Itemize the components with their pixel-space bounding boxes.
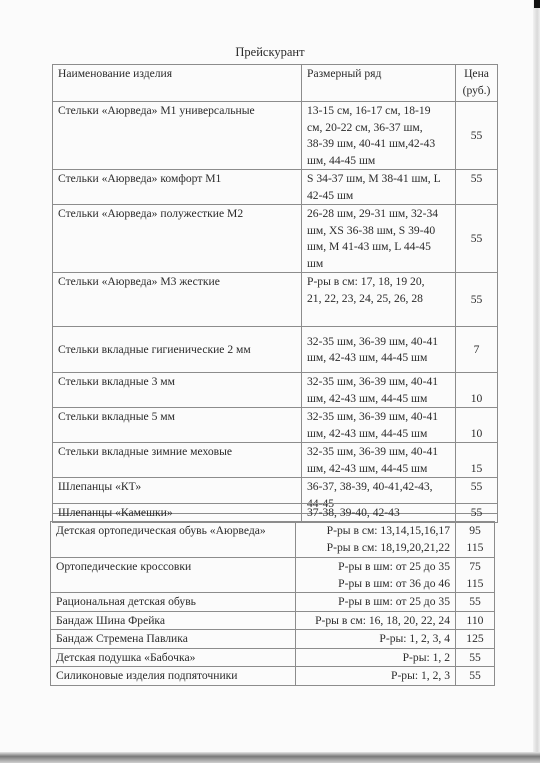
table-row: Стельки «Аюрведа» полужесткие М2 26-28 ш… xyxy=(53,205,498,273)
item-name: Ортопедические кроссовки xyxy=(51,558,296,593)
header-sizes: Размерный ряд xyxy=(302,65,456,102)
header-price: Цена (руб.) xyxy=(456,65,498,102)
table-row: Стельки вкладные 3 мм 32-35 шм, 36-39 шм… xyxy=(53,373,498,408)
item-name: Бандаж Шина Фрейка xyxy=(51,611,296,630)
item-sizes: S 34-37 шм, M 38-41 шм, L 42-45 шм xyxy=(302,170,456,205)
item-sizes: 26-28 шм, 29-31 шм, 32-34 шм, XS 36-38 ш… xyxy=(302,205,456,273)
item-price: 125 xyxy=(456,630,495,649)
scan-page-edge-right xyxy=(533,0,540,763)
item-price: 10 xyxy=(456,408,498,443)
item-name: Бандаж Стремена Павлика xyxy=(51,630,296,649)
item-sizes: 37-38, 39-40, 42-43 xyxy=(302,504,456,523)
table-row: Детская подушка «Бабочка» Р-ры: 1, 2 55 xyxy=(51,648,495,667)
item-name: Стельки «Аюрведа» М3 жесткие xyxy=(53,273,302,327)
item-price: 95 115 xyxy=(456,522,495,558)
item-sizes: Р-ры в шм: от 25 до 35 xyxy=(296,593,456,612)
item-price: 75 115 xyxy=(456,558,495,593)
item-price: 7 xyxy=(456,327,498,373)
item-name: Шлепанцы «Камешки» xyxy=(53,504,302,523)
item-name: Стельки «Аюрведа» комфорт М1 xyxy=(53,170,302,205)
item-name: Стельки вкладные 3 мм xyxy=(53,373,302,408)
item-price: 15 xyxy=(456,443,498,478)
item-price: 55 xyxy=(456,102,498,170)
table-row: Стельки вкладные 5 мм 32-35 шм, 36-39 шм… xyxy=(53,408,498,443)
item-sizes: 32-35 шм, 36-39 шм, 40-41 шм, 42-43 шм, … xyxy=(302,408,456,443)
item-price: 55 xyxy=(456,593,495,612)
table-row: Бандаж Стремена Павлика Р-ры: 1, 2, 3, 4… xyxy=(51,630,495,649)
item-price: 55 xyxy=(456,205,498,273)
item-sizes: 13-15 см, 16-17 см, 18-19 см, 20-22 см, … xyxy=(302,102,456,170)
table-row: Стельки «Аюрведа» М1 универсальные 13-15… xyxy=(53,102,498,170)
item-name: Стельки вкладные зимние меховые xyxy=(53,443,302,478)
header-name: Наименование изделия xyxy=(53,65,302,102)
table-row: Силиконовые изделия подпяточники Р-ры: 1… xyxy=(51,667,495,686)
item-sizes: Р-ры в см: 17, 18, 19 20, 21, 22, 23, 24… xyxy=(302,273,456,327)
item-name: Стельки вкладные гигиенические 2 мм xyxy=(53,327,302,373)
item-sizes: 32-35 шм, 36-39 шм, 40-41 шм, 42-43 шм, … xyxy=(302,327,456,373)
price-table: Наименование изделия Размерный ряд Цена … xyxy=(52,64,498,514)
table-row: Детская ортопедическая обувь «Аюрведа» Р… xyxy=(51,522,495,558)
table-row: Стельки вкладные гигиенические 2 мм 32-3… xyxy=(53,327,498,373)
table-row: Рациональная детская обувь Р-ры в шм: от… xyxy=(51,593,495,612)
item-price: 55 xyxy=(456,273,498,327)
item-sizes: Р-ры в см: 13,14,15,16,17 Р-ры в см: 18,… xyxy=(296,522,456,558)
item-sizes: Р-ры в см: 16, 18, 20, 22, 24 xyxy=(296,611,456,630)
scan-corner-mark xyxy=(534,0,540,8)
item-sizes: Р-ры: 1, 2, 3, 4 xyxy=(296,630,456,649)
item-name: Рациональная детская обувь xyxy=(51,593,296,612)
table-row: Стельки вкладные зимние меховые 32-35 шм… xyxy=(53,443,498,478)
item-price: 55 xyxy=(456,170,498,205)
table-row: Бандаж Шина Фрейка Р-ры в см: 16, 18, 20… xyxy=(51,611,495,630)
item-sizes: Р-ры: 1, 2, 3 xyxy=(296,667,456,686)
item-sizes: Р-ры: 1, 2 xyxy=(296,648,456,667)
table-row: Стельки «Аюрведа» М3 жесткие Р-ры в см: … xyxy=(53,273,498,327)
item-sizes: Р-ры в шм: от 25 до 35 Р-ры в шм: от 36 … xyxy=(296,558,456,593)
table-row: Стельки «Аюрведа» комфорт М1 S 34-37 шм,… xyxy=(53,170,498,205)
document-title: Прейскурант xyxy=(0,45,540,60)
price-table-children: Детская ортопедическая обувь «Аюрведа» Р… xyxy=(50,521,495,686)
item-price: 110 xyxy=(456,611,495,630)
table-header-row: Наименование изделия Размерный ряд Цена … xyxy=(53,65,498,102)
item-name: Стельки «Аюрведа» полужесткие М2 xyxy=(53,205,302,273)
item-sizes: 32-35 шм, 36-39 шм, 40-41 шм, 42-43 шм, … xyxy=(302,373,456,408)
table-row: Шлепанцы «Камешки» 37-38, 39-40, 42-43 5… xyxy=(53,504,498,523)
item-name: Стельки «Аюрведа» М1 универсальные xyxy=(53,102,302,170)
table-row: Ортопедические кроссовки Р-ры в шм: от 2… xyxy=(51,558,495,593)
price-table-continued: Шлепанцы «Камешки» 37-38, 39-40, 42-43 5… xyxy=(52,503,498,523)
item-price: 55 xyxy=(456,667,495,686)
item-sizes: 32-35 шм, 36-39 шм, 40-41 шм, 42-43 шм, … xyxy=(302,443,456,478)
item-price: 55 xyxy=(456,648,495,667)
item-price: 10 xyxy=(456,373,498,408)
item-name: Силиконовые изделия подпяточники xyxy=(51,667,296,686)
item-name: Стельки вкладные 5 мм xyxy=(53,408,302,443)
item-price: 55 xyxy=(456,504,498,523)
item-name: Детская подушка «Бабочка» xyxy=(51,648,296,667)
scan-page-edge-bottom xyxy=(0,752,540,763)
item-name: Детская ортопедическая обувь «Аюрведа» xyxy=(51,522,296,558)
